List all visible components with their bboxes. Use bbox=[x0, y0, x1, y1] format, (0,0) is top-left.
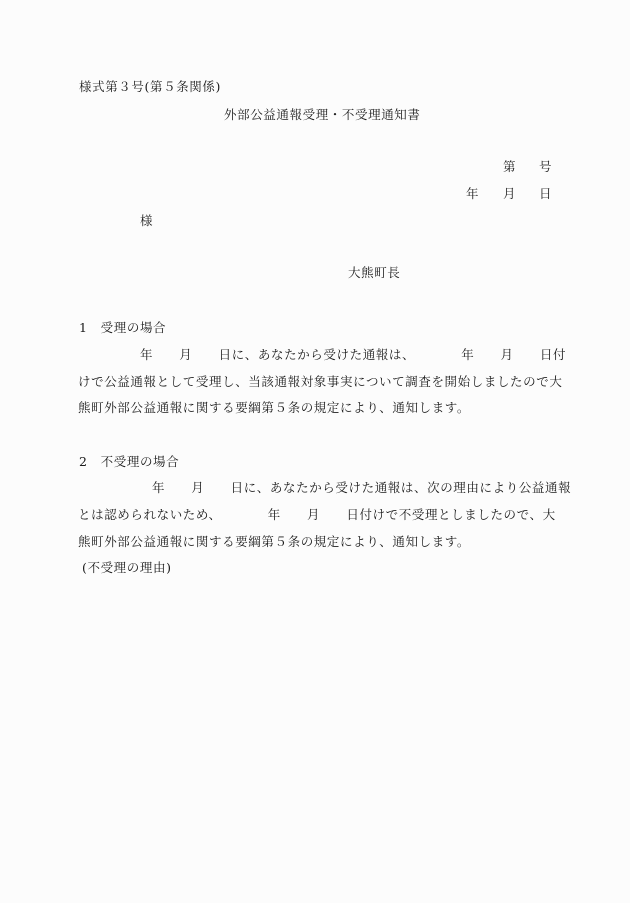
number-go: 号 bbox=[539, 159, 552, 175]
body-line: 熊町外部公益通報に関する要綱第５条の規定により、通知します。 bbox=[78, 400, 470, 416]
rejection-reason-label: (不受理の理由) bbox=[82, 560, 172, 576]
body-line: 年 月 日に、あなたから受けた通報は、次の理由により公益通報 bbox=[152, 480, 571, 496]
sender-name: 大熊町長 bbox=[348, 265, 400, 281]
document-title: 外部公益通報受理・不受理通知書 bbox=[224, 107, 421, 123]
section-heading: 1 受理の場合 bbox=[79, 320, 166, 336]
body-line: 年 月 日に、あなたから受けた通報は、 年 月 日付 bbox=[140, 347, 566, 363]
date-day: 日 bbox=[539, 186, 552, 202]
date-year: 年 bbox=[466, 186, 479, 202]
number-dai: 第 bbox=[503, 159, 516, 175]
addressee-suffix: 様 bbox=[140, 213, 153, 229]
body-line: とは認められないため、 年 月 日付けで不受理としましたので、大 bbox=[78, 507, 556, 523]
date-month: 月 bbox=[503, 186, 516, 202]
form-label: 様式第３号(第５条関係) bbox=[79, 79, 221, 95]
body-line: 熊町外部公益通報に関する要綱第５条の規定により、通知します。 bbox=[78, 534, 470, 550]
body-line: けで公益通報として受理し、当該通報対象事実について調査を開始しましたので大 bbox=[78, 374, 562, 390]
section-heading: 2 不受理の場合 bbox=[79, 454, 179, 470]
